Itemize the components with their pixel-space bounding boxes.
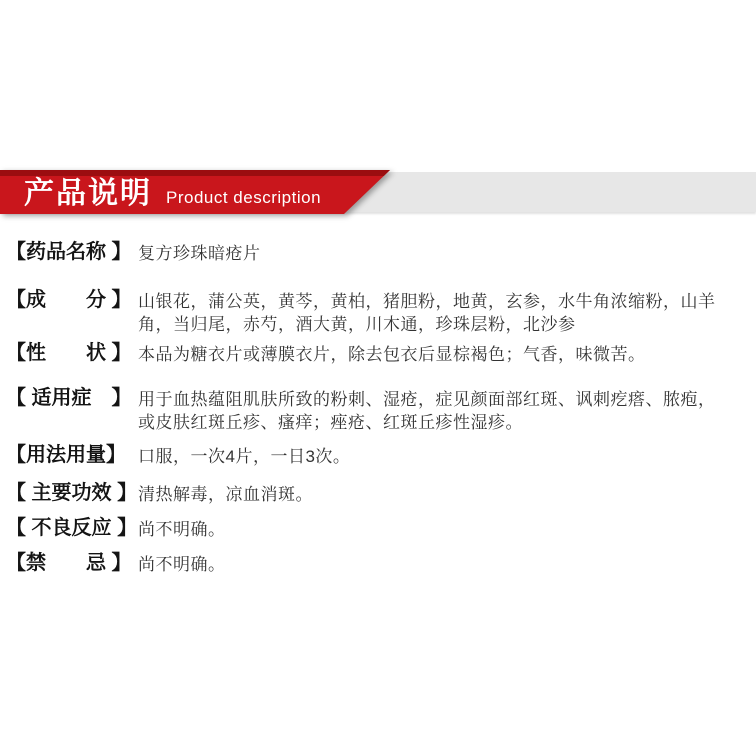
section-label: 【 不良反应 】 <box>6 516 138 540</box>
banner-red-shape: 产品说明 Product description <box>0 170 392 214</box>
product-description-banner: 产品说明 Product description <box>0 168 756 218</box>
section-label: 【禁 忌 】 <box>6 551 138 575</box>
banner-dark-top-band <box>0 170 392 176</box>
section-contraindications: 【禁 忌 】 尚不明确。 <box>6 551 722 576</box>
section-label: 【 适用症 】 <box>6 386 138 410</box>
banner-red-ribbon: 产品说明 Product description <box>0 170 392 214</box>
section-label: 【性 状 】 <box>6 341 138 365</box>
section-main-effects: 【 主要功效 】 清热解毒，凉血消斑。 <box>6 481 722 506</box>
section-value: 复方珍珠暗疮片 <box>138 240 722 265</box>
product-description-page: 产品说明 Product description 【药品名称 】 复方珍珠暗疮片… <box>0 0 756 756</box>
section-ingredients: 【成 分 】 山银花，蒲公英，黄芩，黄柏，猪胆粉，地黄，玄参，水牛角浓缩粉，山羊… <box>6 288 722 336</box>
section-value: 尚不明确。 <box>138 516 722 541</box>
section-value: 山银花，蒲公英，黄芩，黄柏，猪胆粉，地黄，玄参，水牛角浓缩粉，山羊角，当归尾，赤… <box>138 288 722 336</box>
section-adverse-reactions: 【 不良反应 】 尚不明确。 <box>6 516 722 541</box>
section-label: 【用法用量】 <box>6 443 138 467</box>
banner-title-group: 产品说明 Product description <box>24 178 321 210</box>
section-value: 本品为糖衣片或薄膜衣片，除去包衣后显棕褐色；气香，味微苦。 <box>138 341 722 366</box>
section-value: 清热解毒，凉血消斑。 <box>138 481 722 506</box>
banner-title-en: Product description <box>166 188 321 208</box>
section-label: 【成 分 】 <box>6 288 138 312</box>
section-indications: 【 适用症 】 用于血热蕴阻肌肤所致的粉刺、湿疮，症见颜面部红斑、讽刺疙瘩、脓疱… <box>6 386 722 434</box>
section-value: 口服，一次4片，一日3次。 <box>138 443 722 468</box>
section-value: 尚不明确。 <box>138 551 722 576</box>
section-value: 用于血热蕴阻肌肤所致的粉刺、湿疮，症见颜面部红斑、讽刺疙瘩、脓疱，或皮肤红斑丘疹… <box>138 386 722 434</box>
section-label: 【药品名称 】 <box>6 240 138 264</box>
section-dosage: 【用法用量】 口服，一次4片，一日3次。 <box>6 443 722 468</box>
banner-title-cn: 产品说明 <box>24 178 152 210</box>
section-properties: 【性 状 】 本品为糖衣片或薄膜衣片，除去包衣后显棕褐色；气香，味微苦。 <box>6 341 722 366</box>
section-label: 【 主要功效 】 <box>6 481 138 505</box>
section-drug-name: 【药品名称 】 复方珍珠暗疮片 <box>6 240 722 265</box>
